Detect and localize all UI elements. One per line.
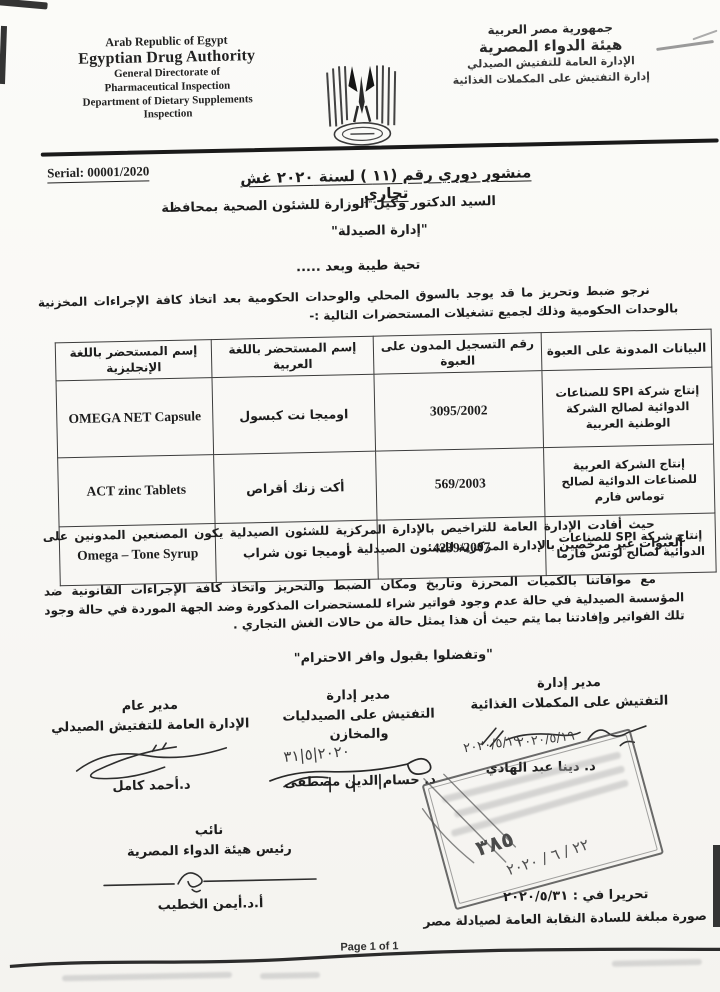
intro-text: نرجو ضبط وتحريز ما قد يوجد بالسوق المحلي… <box>38 283 679 323</box>
handwritten-signature <box>100 859 321 898</box>
cell-registration: 569/2003 <box>376 448 545 521</box>
col-header-registration: رقم التسجيل المدون على العبوة <box>373 333 542 375</box>
faint-footer-text <box>612 959 702 967</box>
paragraph-text: مع موافاتنا بالكميات المحرزة وتاريخ ومكا… <box>44 572 685 632</box>
copy-distribution-note: صورة مبلغة للسادة النقابة العامة لصيادلة… <box>423 908 707 929</box>
cell-arabic-name: اوميجا نت كبسول <box>212 374 376 454</box>
body-paragraph-2: مع موافاتنا بالكميات المحرزة وتاريخ ومكا… <box>44 569 685 638</box>
signer-title: التفتيش على الصيدليات والمخازن <box>252 703 465 746</box>
table-row: إنتاج شركة SPI للصناعات الدوائية لصالح ا… <box>56 367 713 458</box>
pen-scribble <box>414 766 566 879</box>
signature-block-general-manager: مدير عام الإدارة العامة للتفتيش الصيدلي … <box>42 694 259 785</box>
cell-english-name: OMEGA NET Capsule <box>56 378 214 458</box>
addressee-line: السيد الدكتور وكيل الوزارة للشئون الصحية… <box>161 194 496 216</box>
closing-respect-line: "وتفضلوا بقبول وافر الاحترام" <box>263 647 523 667</box>
written-on-date: تحريرا في : ٢٠٢٠/٥/٣١ <box>503 887 649 905</box>
letterhead-english: Arab Republic of Egypt Egyptian Drug Aut… <box>52 32 282 125</box>
faint-footer-text <box>62 972 232 982</box>
cell-english-name: ACT zinc Tablets <box>58 455 215 527</box>
addressee-department: "إدارة الصيدلة" <box>294 222 464 241</box>
greeting-line: تحية طيبة وبعد ..... <box>273 257 443 276</box>
cell-package-data: إنتاج شركة SPI للصناعات الدوائية لصالح ا… <box>542 367 714 448</box>
letterhead-arabic: جمهورية مصر العربية هيئة الدواء المصرية … <box>425 19 676 89</box>
egypt-eagle-emblem-icon <box>319 55 405 157</box>
intro-paragraph: نرجو ضبط وتحريز ما قد يوجد بالسوق المحلي… <box>38 280 679 331</box>
signer-name: د.أحمد كامل <box>44 776 259 795</box>
faint-footer-text <box>260 972 320 979</box>
cell-registration: 3095/2002 <box>374 371 544 452</box>
cell-package-data: إنتاج الشركة العربية للصناعات الدوائية ل… <box>544 444 715 517</box>
col-header-arabic-name: إسم المستحضر باللغة العربية <box>211 336 374 378</box>
signer-name: أ.د.أيمن الخطيب <box>94 895 326 915</box>
cell-arabic-name: أكت زنك أقراص <box>214 451 377 523</box>
col-header-package-data: البيانات المدونة على العبوة <box>541 329 712 371</box>
scanned-document-page: Arab Republic of Egypt Egyptian Drug Aut… <box>0 0 720 992</box>
signature-block-deputy-chairman: نائب رئيس هيئة الدواء المصرية أ.د.أيمن ا… <box>93 819 327 915</box>
document-body: Arab Republic of Egypt Egyptian Drug Aut… <box>0 0 720 992</box>
serial-number: Serial: 00001/2020 <box>47 163 150 183</box>
col-header-english-name: إسم المستحضر باللغة الإنجليزية <box>55 340 212 381</box>
